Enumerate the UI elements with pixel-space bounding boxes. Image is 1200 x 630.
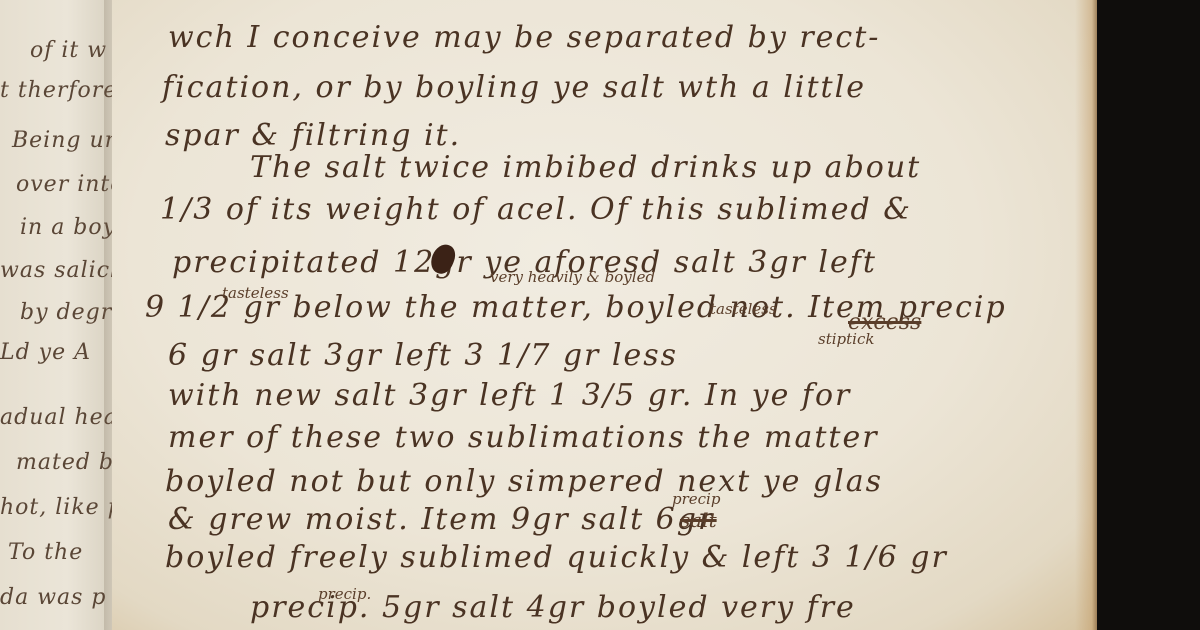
left-line: of it w: [30, 38, 107, 63]
left-line: t therfore: [0, 78, 112, 103]
interlinear-note: precip.: [318, 585, 371, 603]
text-line: fication, or by boyling ye salt wth a li…: [162, 70, 866, 105]
left-line: To the: [8, 540, 83, 565]
text-line: The salt twice imbibed drinks up about: [250, 150, 921, 185]
text-line: mer of these two sublimations the matter: [168, 420, 879, 455]
left-line: adual heat: [0, 405, 112, 430]
left-line: by degrees: [20, 300, 112, 325]
left-line: in a boyling: [20, 215, 112, 240]
page-edge: [1075, 0, 1099, 630]
interlinear-note: tasteless: [710, 300, 777, 318]
text-line: & grew moist. Item 9gr salt 6gr: [168, 502, 714, 537]
text-line: wch I conceive may be separated by rect-: [168, 20, 880, 55]
interlinear-note: precip: [672, 490, 720, 508]
text-line: boyled not but only simpered next ye gla…: [165, 464, 883, 499]
struck-out-word: excess: [848, 310, 921, 335]
struck-out-word: salt: [680, 508, 717, 532]
left-line: mated be: [16, 450, 112, 475]
left-line: was salicks: [0, 258, 112, 283]
text-line: spar & filtring it.: [165, 118, 461, 153]
left-line: Ld ye A: [0, 340, 91, 365]
text-line: 6 gr salt 3gr left 3 1/7 gr less: [168, 338, 678, 373]
left-line: over into: [16, 172, 112, 197]
text-line: 1/3 of its weight of acel. Of this subli…: [160, 192, 912, 227]
black-backdrop: [1097, 0, 1200, 630]
text-line: with new salt 3gr left 1 3/5 gr. In ye f…: [168, 378, 851, 413]
text-line: boyled freely sublimed quickly & left 3 …: [165, 540, 948, 575]
left-facing-page: of it w t therfore Being unf over into i…: [0, 0, 112, 630]
left-line: da was p: [0, 585, 107, 610]
interlinear-note: very heavily & boyled: [490, 268, 655, 286]
interlinear-note: tasteless: [222, 284, 289, 302]
left-line: Being unf: [12, 128, 112, 153]
left-line: hot, like p: [0, 495, 112, 520]
